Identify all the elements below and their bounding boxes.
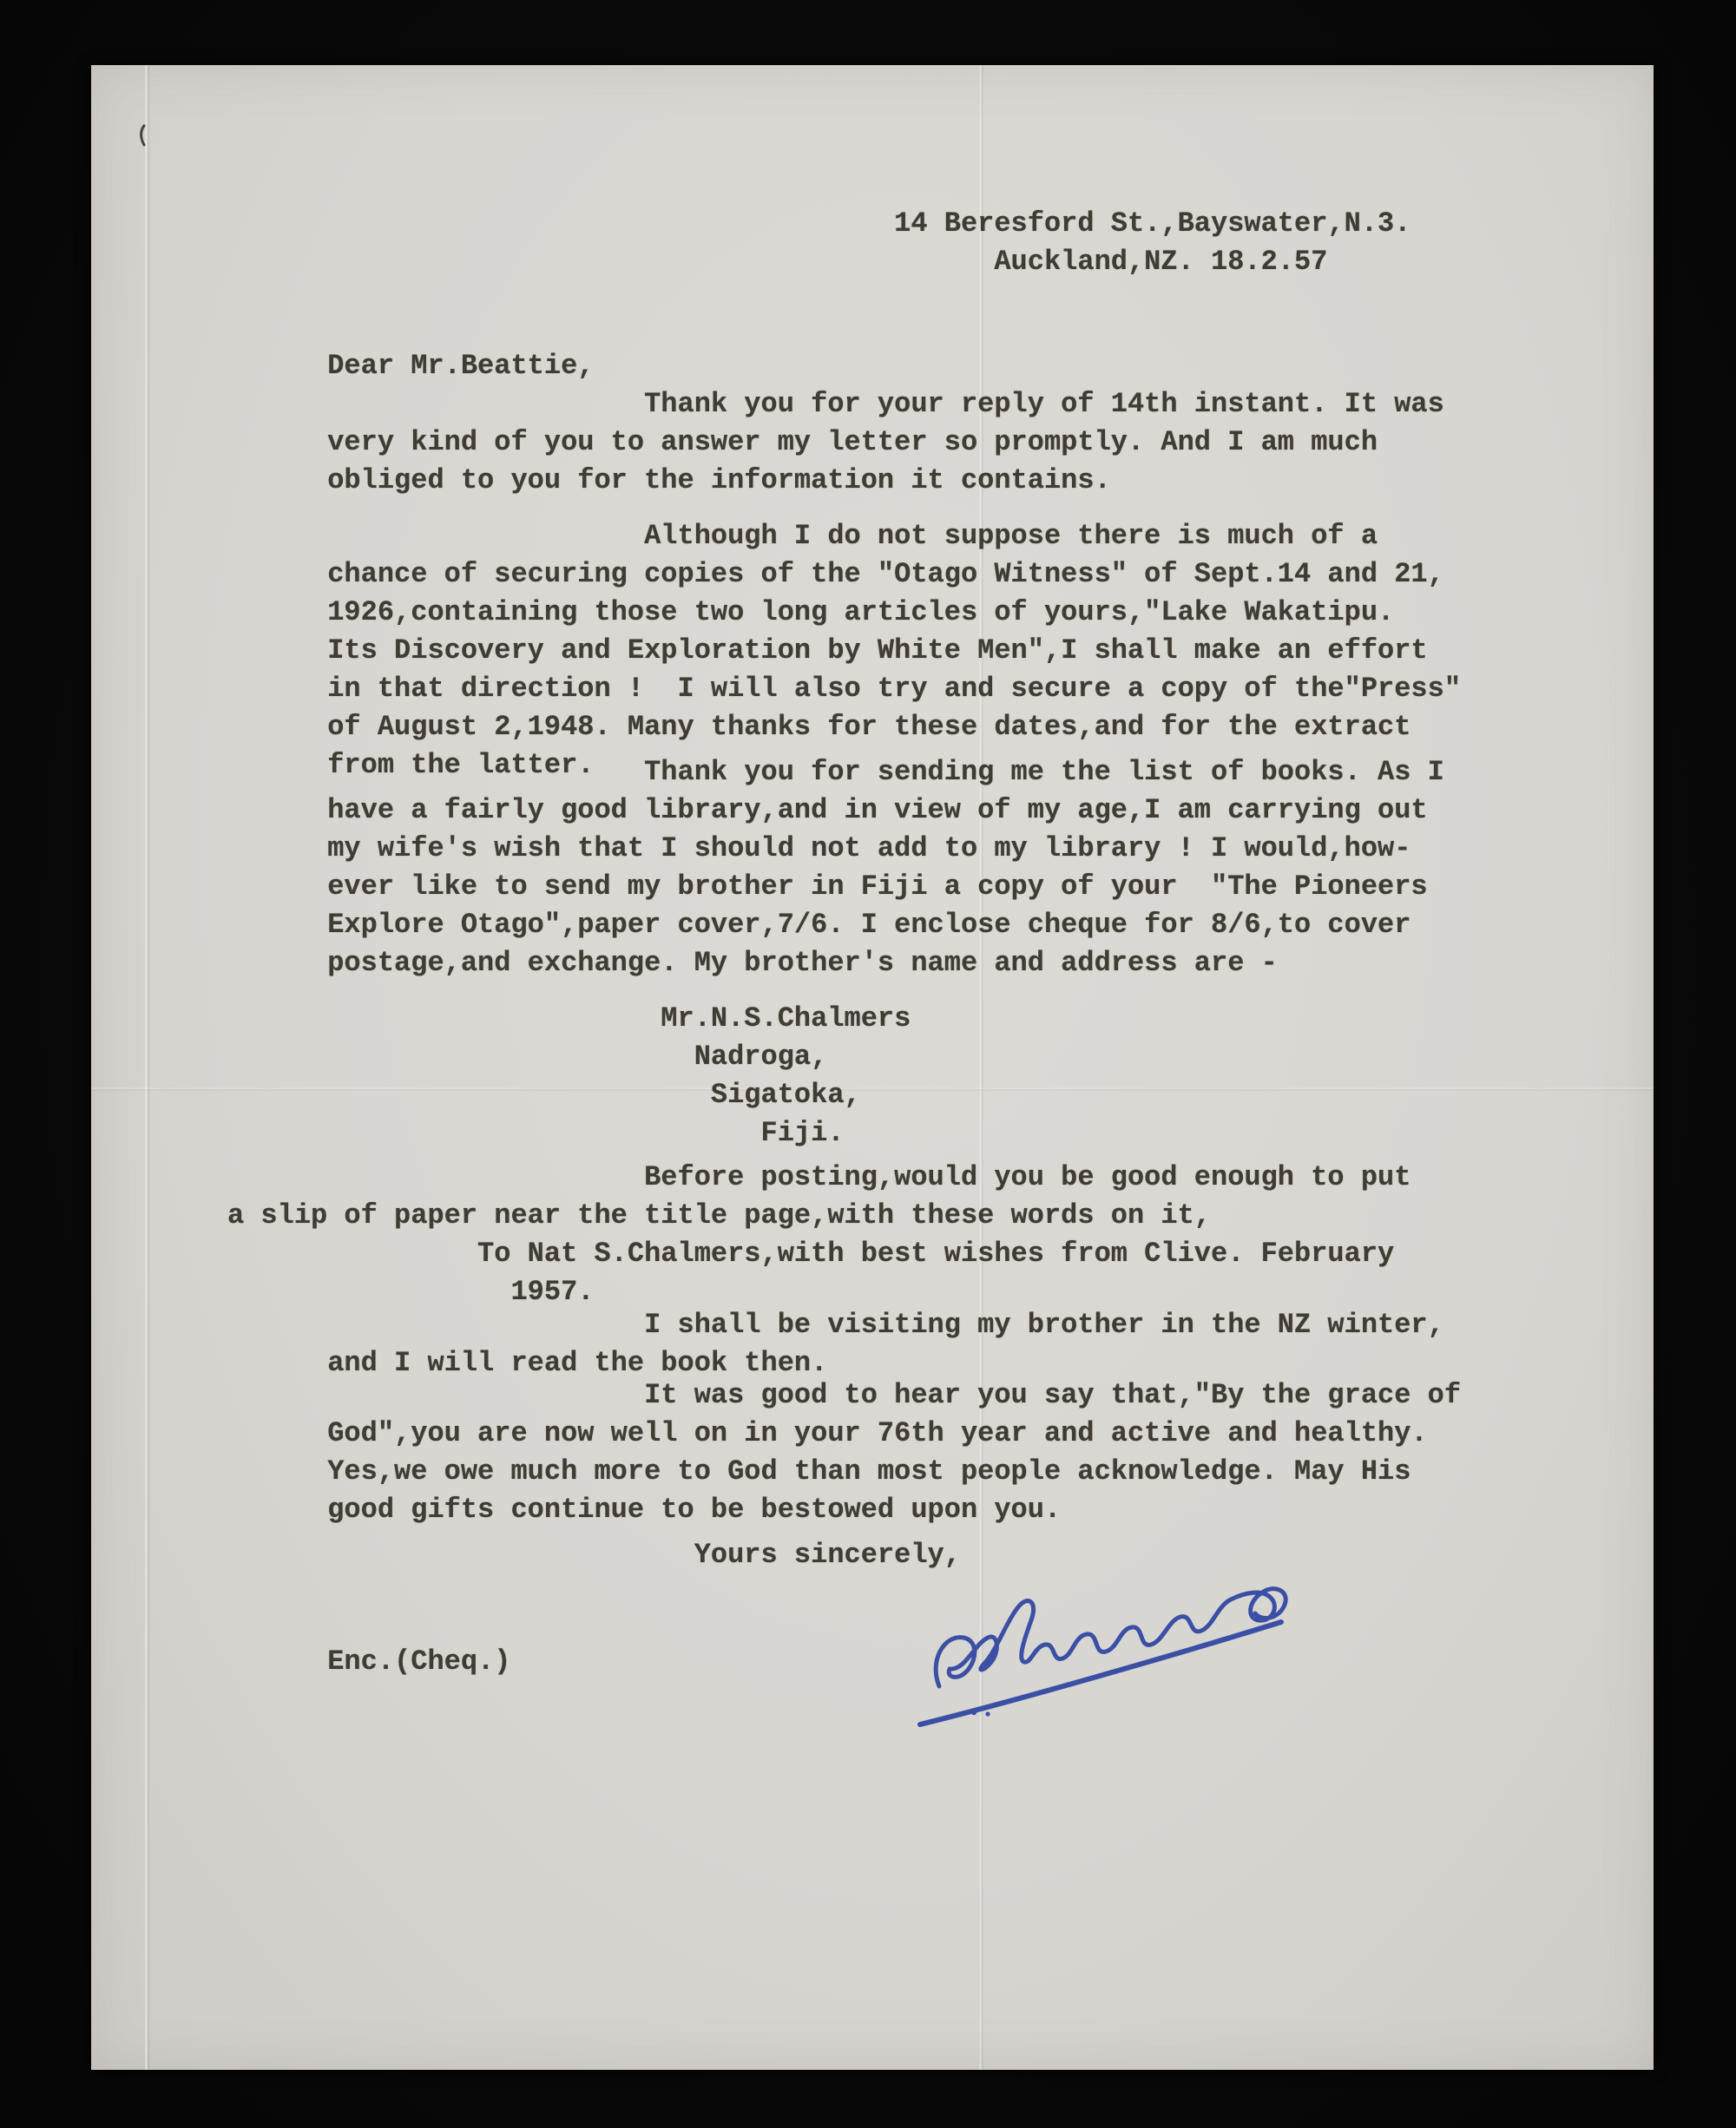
typed-line: chance of securing copies of the "Otago …: [227, 555, 1461, 594]
typed-line: Explore Otago",paper cover,7/6. I enclos…: [227, 906, 1444, 944]
closing-line: Yours sincerely,: [227, 1536, 961, 1574]
typed-line: Dear Mr.Beattie,: [227, 347, 1444, 385]
sender-address-block: 14 Beresford St.,Bayswater,N.3. Auckland…: [227, 205, 1410, 281]
typed-line: ever like to send my brother in Fiji a c…: [227, 868, 1444, 906]
typed-line: Before posting,would you be good enough …: [227, 1159, 1410, 1197]
stray-ink-mark: [136, 124, 148, 147]
typed-line: Its Discovery and Exploration by White M…: [227, 632, 1461, 670]
typed-line: God",you are now well on in your 76th ye…: [227, 1415, 1461, 1453]
typed-line: postage,and exchange. My brother's name …: [227, 944, 1444, 982]
typed-line: very kind of you to answer my letter so …: [227, 424, 1444, 462]
typed-line: a slip of paper near the title page,with…: [227, 1197, 1410, 1235]
paper-crease-left: [145, 65, 148, 2070]
paragraph-visiting-brother: I shall be visiting my brother in the NZ…: [227, 1306, 1444, 1383]
typed-line: Mr.N.S.Chalmers: [227, 1000, 911, 1038]
typed-line: Although I do not suppose there is much …: [227, 517, 1461, 555]
typed-line: I shall be visiting my brother in the NZ…: [227, 1306, 1444, 1344]
typed-line: To Nat S.Chalmers,with best wishes from …: [227, 1235, 1410, 1273]
typed-line: of August 2,1948. Many thanks for these …: [227, 708, 1461, 746]
typed-line: Thank you for your reply of 14th instant…: [227, 385, 1444, 424]
letter-paper: 14 Beresford St.,Bayswater,N.3. Auckland…: [91, 65, 1654, 2070]
typed-line: my wife's wish that I should not add to …: [227, 830, 1444, 868]
typed-line: obliged to you for the information it co…: [227, 462, 1444, 500]
typed-line: Fiji.: [227, 1114, 911, 1153]
sender-date-line: Auckland,NZ. 18.2.57: [227, 243, 1410, 281]
paragraph-otago-witness: Although I do not suppose there is much …: [227, 517, 1461, 785]
enclosure-note: Enc.(Cheq.): [227, 1643, 510, 1681]
paragraph-grace-of-god: It was good to hear you say that,"By the…: [227, 1376, 1461, 1529]
typed-line: Nadroga,: [227, 1038, 911, 1076]
paragraph-salutation-opening: Dear Mr.Beattie, Thank you for your repl…: [227, 347, 1444, 500]
typed-line: Thank you for sending me the list of boo…: [227, 753, 1444, 791]
sender-address-line: 14 Beresford St.,Bayswater,N.3.: [227, 205, 1410, 243]
typed-line: 1926,containing those two long articles …: [227, 594, 1461, 632]
typed-line: good gifts continue to be bestowed upon …: [227, 1491, 1461, 1529]
typed-line: in that direction ! I will also try and …: [227, 670, 1461, 708]
typed-line: Sigatoka,: [227, 1076, 911, 1114]
brother-address-block: Mr.N.S.Chalmers Nadroga, Sigatoka, Fiji.: [227, 1000, 911, 1153]
typed-line: It was good to hear you say that,"By the…: [227, 1376, 1461, 1415]
typed-line: Yes,we owe much more to God than most pe…: [227, 1453, 1461, 1491]
handwritten-signature: [894, 1540, 1311, 1740]
scan-background: { "scan": { "background_color": "#0a0a0a…: [0, 0, 1736, 2128]
paragraph-before-posting: Before posting,would you be good enough …: [227, 1159, 1410, 1311]
paragraph-list-of-books: Thank you for sending me the list of boo…: [227, 753, 1444, 982]
typed-line: have a fairly good library,and in view o…: [227, 791, 1444, 830]
